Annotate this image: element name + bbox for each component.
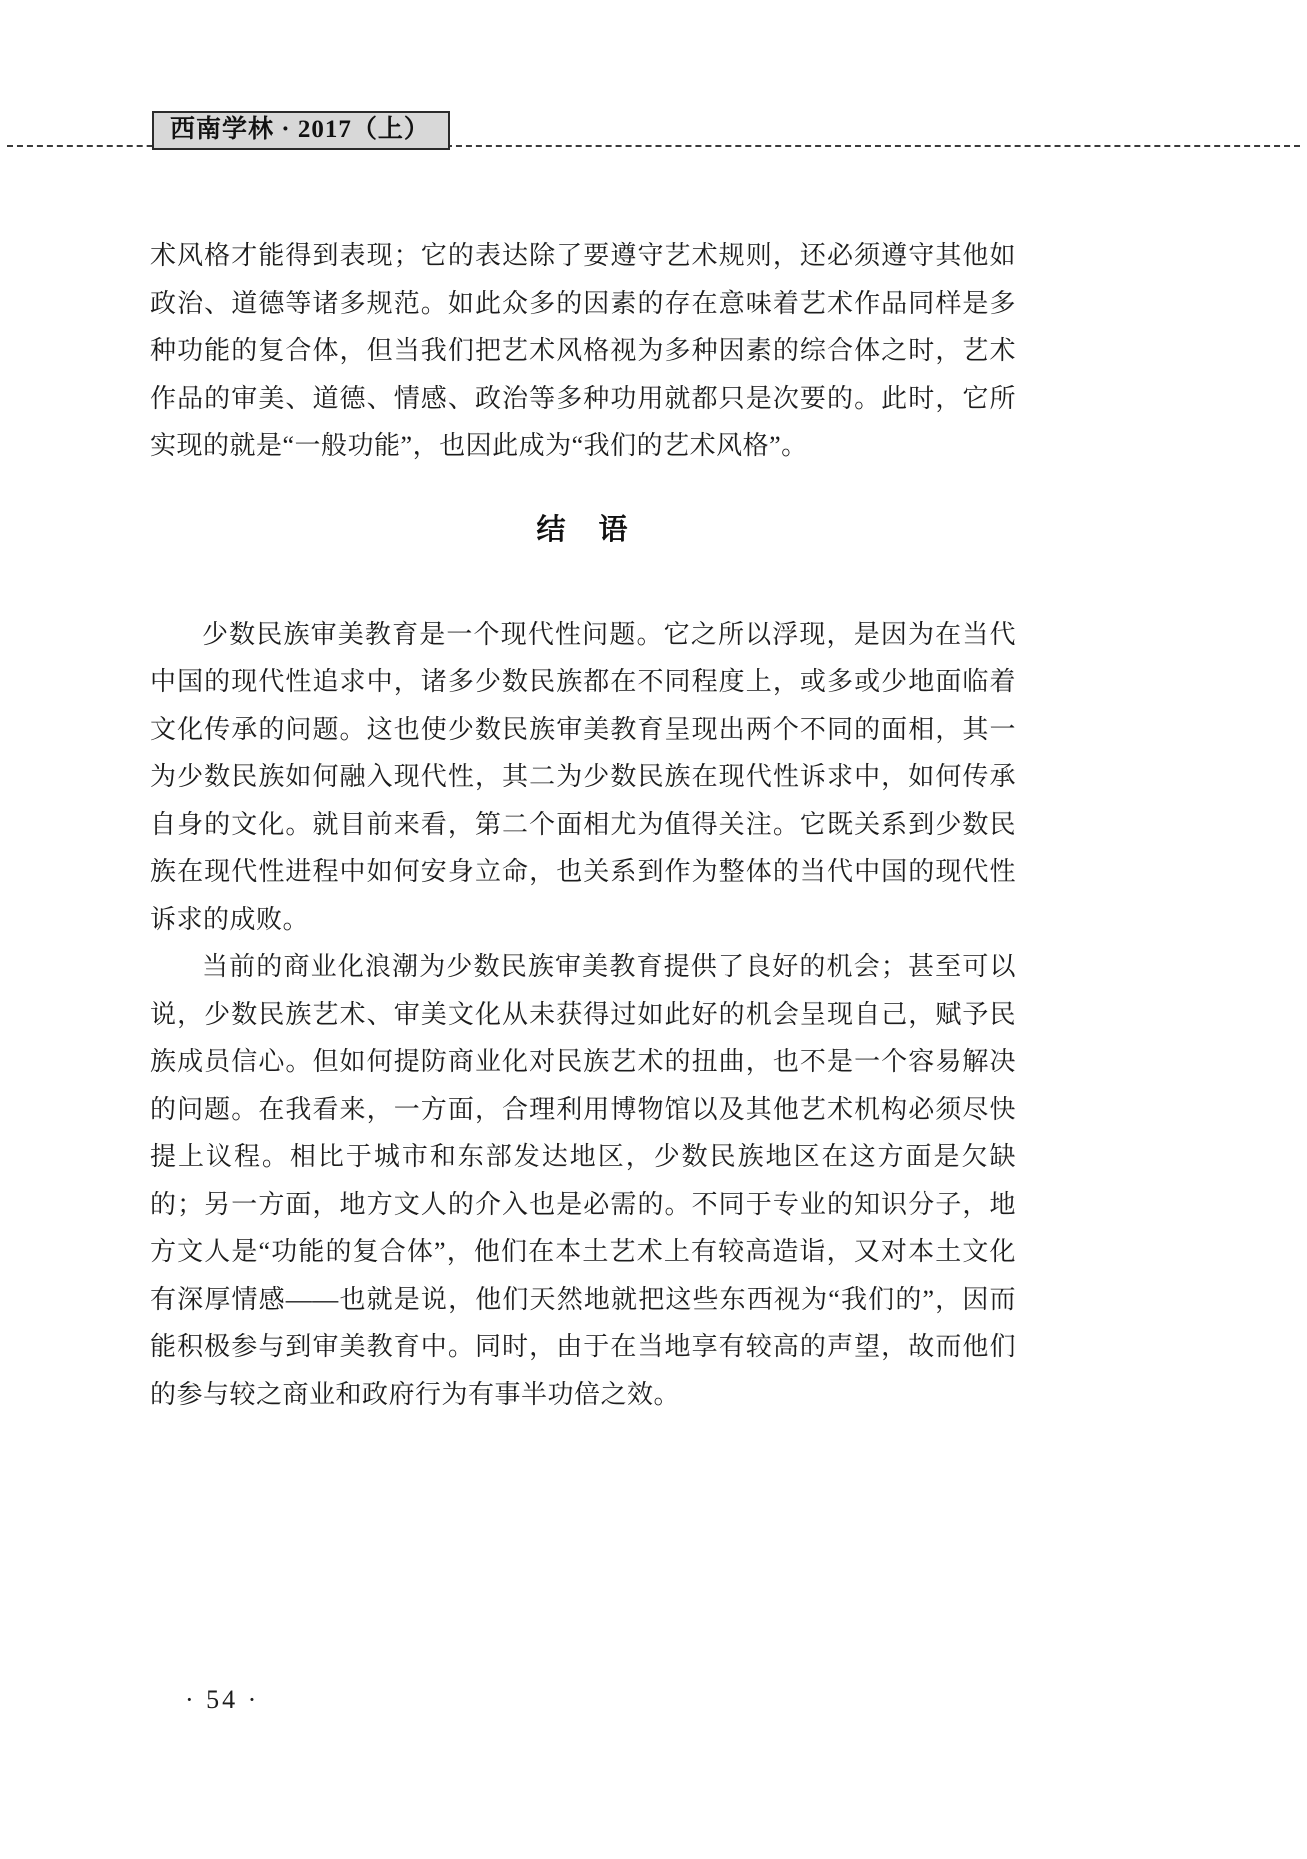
body-paragraph-continuation: 术风格才能得到表现；它的表达除了要遵守艺术规则，还必须遵守其他如政治、道德等诸多… bbox=[150, 232, 1016, 470]
document-page: 西南学林 · 2017（上） 术风格才能得到表现；它的表达除了要遵守艺术规则，还… bbox=[0, 0, 1307, 1859]
body-paragraph: 当前的商业化浪潮为少数民族审美教育提供了良好的机会；甚至可以说，少数民族艺术、审… bbox=[150, 943, 1016, 1418]
page-body: 术风格才能得到表现；它的表达除了要遵守艺术规则，还必须遵守其他如政治、道德等诸多… bbox=[150, 232, 1016, 1418]
journal-header-badge: 西南学林 · 2017（上） bbox=[152, 111, 450, 150]
body-paragraph: 少数民族审美教育是一个现代性问题。它之所以浮现，是因为在当代中国的现代性追求中，… bbox=[150, 611, 1016, 944]
section-heading: 结 语 bbox=[150, 510, 1016, 550]
page-number: · 54 · bbox=[185, 1685, 259, 1715]
